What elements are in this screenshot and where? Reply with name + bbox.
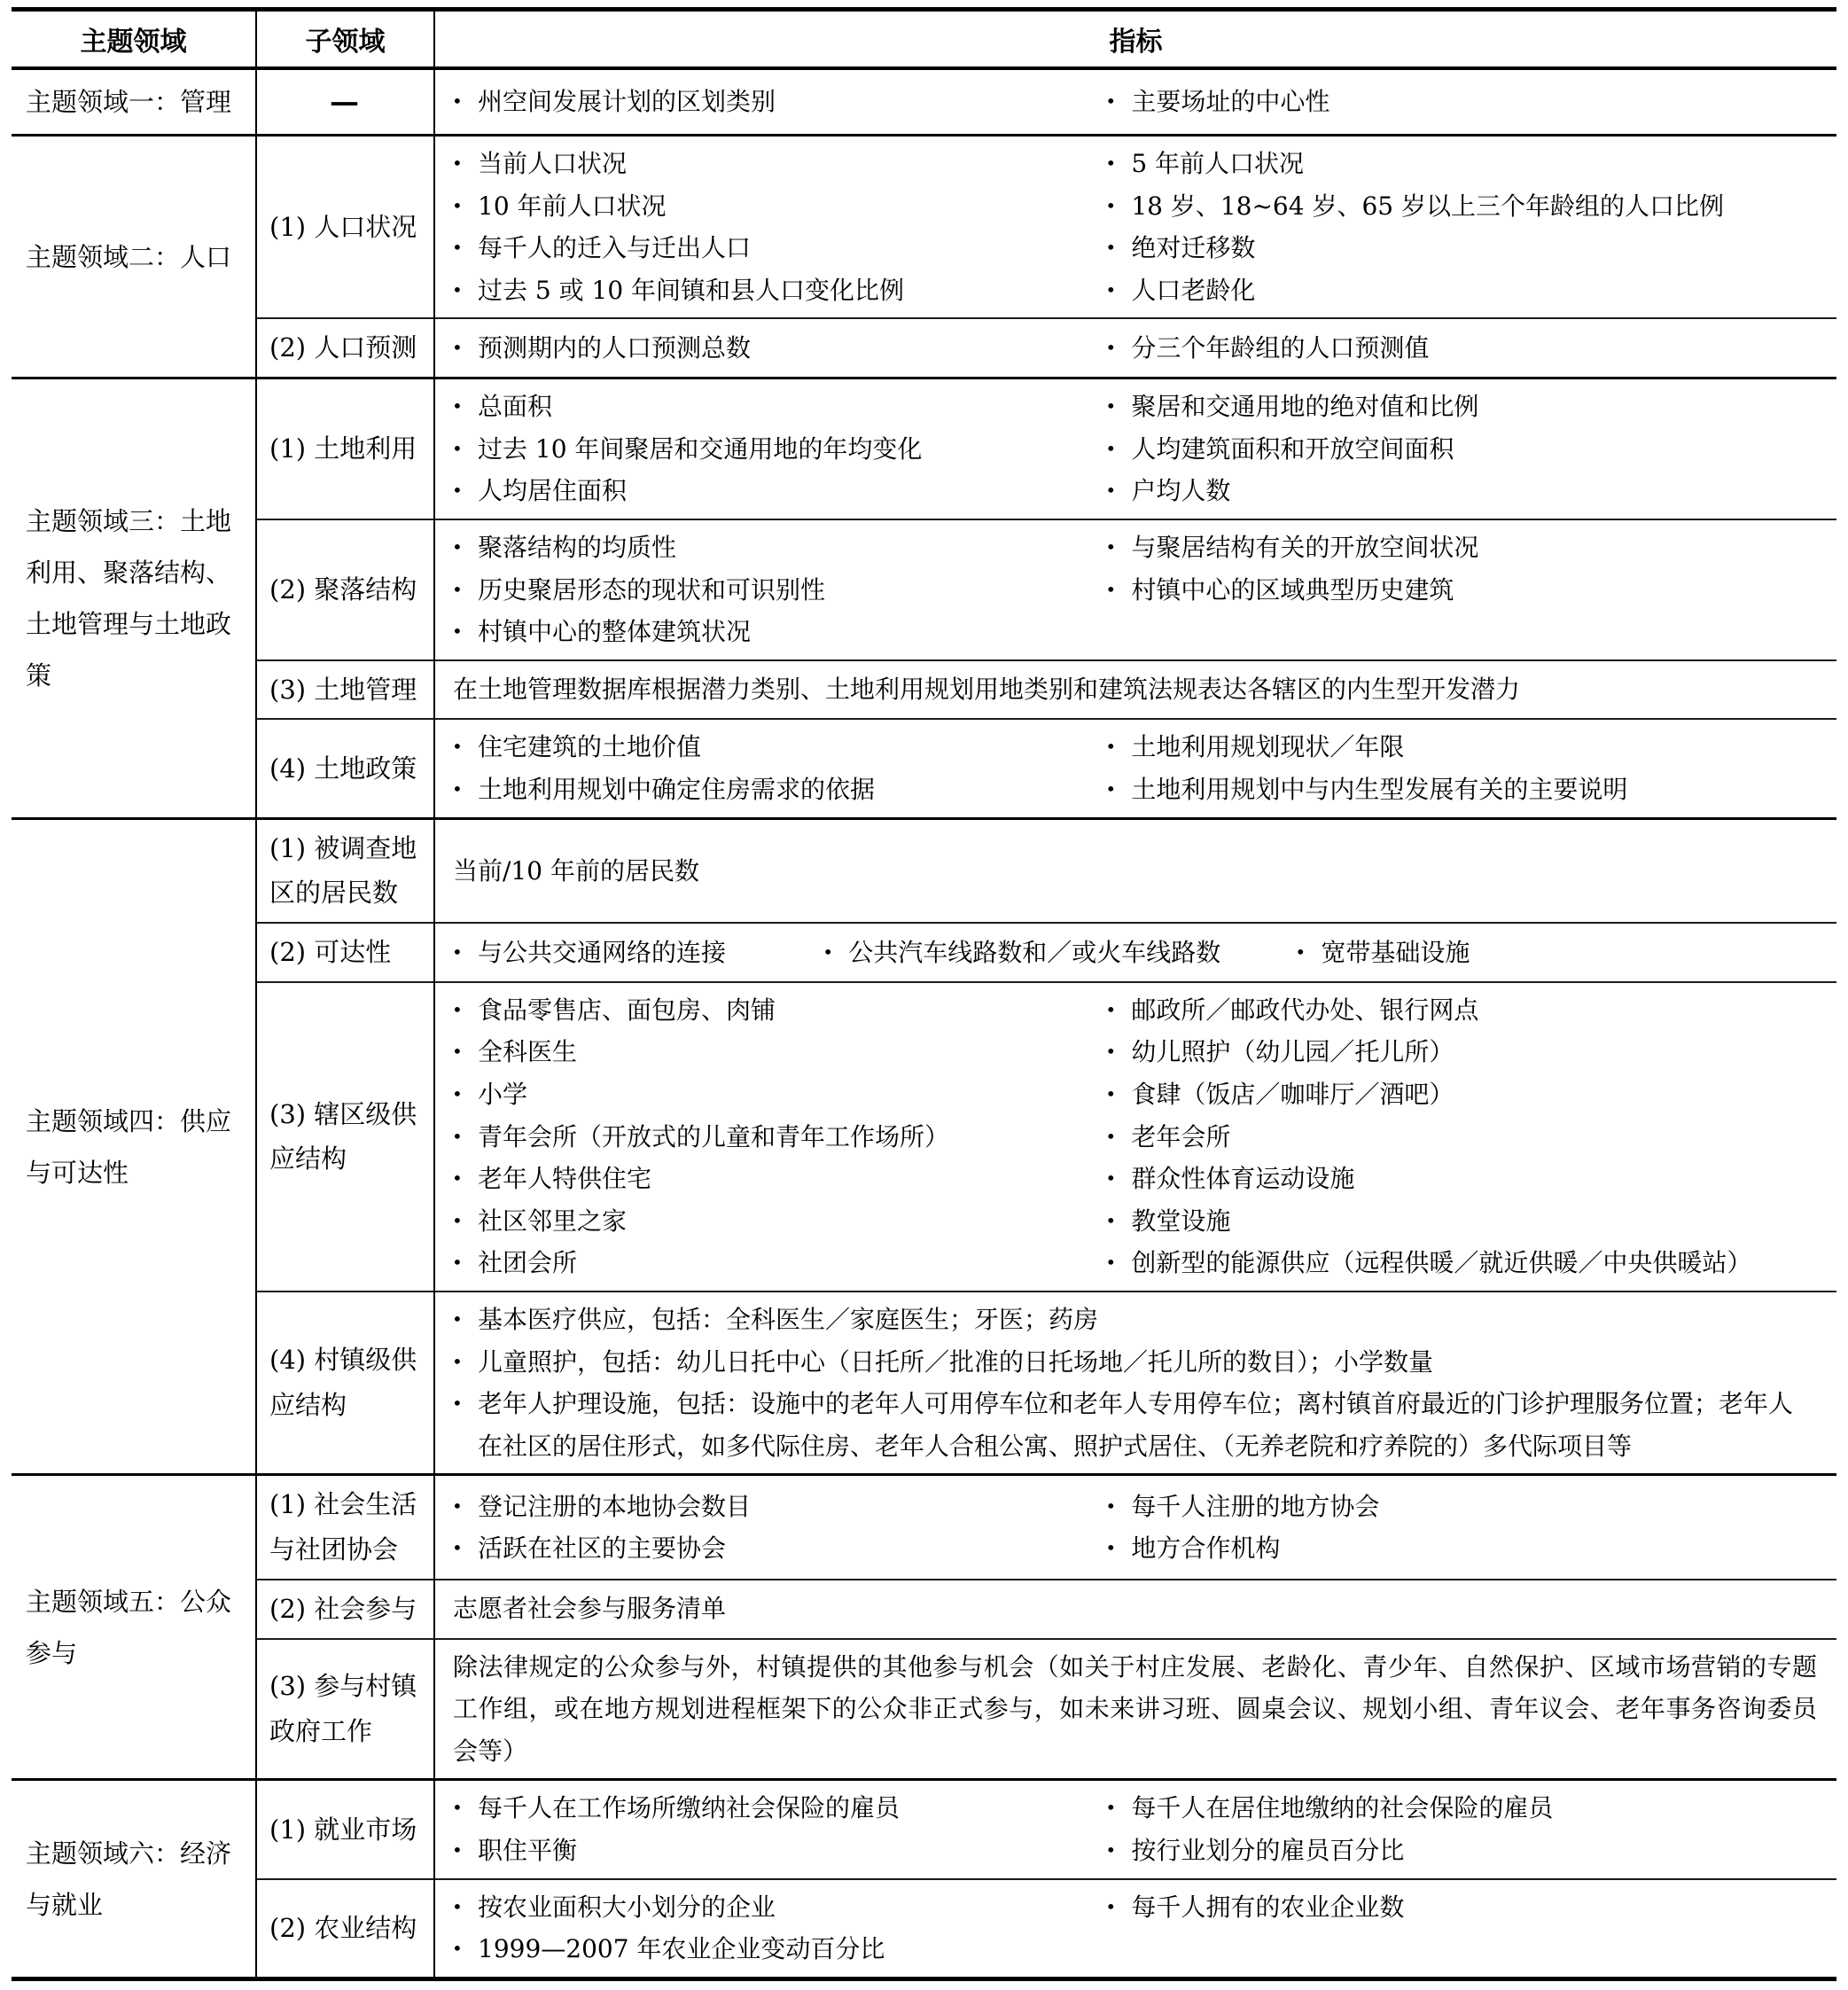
bullet-item: 儿童照护，包括：幼儿日托中心（日托所／批准的日托场地／托儿所的数目）；小学数量: [444, 1341, 1817, 1384]
bullet-item: 公共汽车线路数和／或火车线路数: [815, 932, 1287, 974]
indicator-table-body: 主题领域一：管理—州空间发展计划的区划类别主要场址的中心性主题领域二：人口(1)…: [12, 68, 1836, 1978]
bullet-item: 登记注册的本地协会数目: [444, 1486, 1097, 1528]
subdomain-cell: (3) 辖区级供应结构: [256, 982, 434, 1292]
bullet-list: 聚落结构的均质性历史聚居形态的现状和可识别性村镇中心的整体建筑状况: [444, 527, 1097, 653]
indicators-cell: 食品零售店、面包房、肉铺全科医生小学青年会所（开放式的儿童和青年工作场所）老年人…: [434, 982, 1836, 1292]
bullet-item: 主要场址的中心性: [1097, 81, 1817, 123]
bullet-item: 人均建筑面积和开放空间面积: [1097, 428, 1817, 471]
indicator-text: 当前/10 年前的居民数: [444, 850, 1817, 893]
table-row: 主题领域四：供应与可达性(1) 被调查地区的居民数当前/10 年前的居民数: [12, 818, 1836, 923]
indicators-cell: 每千人在工作场所缴纳社会保险的雇员职住平衡每千人在居住地缴纳的社会保险的雇员按行…: [434, 1780, 1836, 1879]
bullet-item: 幼儿照护（幼儿园／托儿所）: [1097, 1031, 1817, 1073]
two-column-bullets: 登记注册的本地协会数目活跃在社区的主要协会每千人注册的地方协会地方合作机构: [444, 1486, 1817, 1570]
bullet-item: 住宅建筑的土地价值: [444, 726, 1097, 769]
table-row: (2) 可达性与公共交通网络的连接公共汽车线路数和／或火车线路数宽带基础设施: [12, 923, 1836, 982]
bullet-item: 社区邻里之家: [444, 1200, 1097, 1243]
subdomain-cell: (1) 被调查地区的居民数: [256, 818, 434, 923]
bullet-item: 群众性体育运动设施: [1097, 1158, 1817, 1200]
theme-cell: 主题领域三：土地利用、聚落结构、土地管理与土地政策: [12, 378, 256, 819]
bullet-item: 18 岁、18~64 岁、65 岁以上三个年龄组的人口比例: [1097, 185, 1817, 228]
table-row: (4) 村镇级供应结构基本医疗供应，包括：全科医生／家庭医生；牙医；药房儿童照护…: [12, 1292, 1836, 1475]
bullet-item: 基本医疗供应，包括：全科医生／家庭医生；牙医；药房: [444, 1299, 1817, 1341]
col-header-theme: 主题领域: [12, 10, 256, 69]
table-row: (3) 参与村镇政府工作除法律规定的公众参与外，村镇提供的其他参与机会（如关于村…: [12, 1639, 1836, 1780]
indicators-cell: 州空间发展计划的区划类别主要场址的中心性: [434, 68, 1836, 136]
bullet-item: 小学: [444, 1073, 1097, 1116]
bullet-list: 登记注册的本地协会数目活跃在社区的主要协会: [444, 1486, 1097, 1570]
bullet-list: 预测期内的人口预测总数: [444, 327, 1097, 370]
bullet-list: 总面积过去 10 年间聚居和交通用地的年均变化人均居住面积: [444, 386, 1097, 512]
col-header-subdomain: 子领域: [256, 10, 434, 69]
bullet-item: 食品零售店、面包房、肉铺: [444, 989, 1097, 1032]
table-row: (2) 农业结构按农业面积大小划分的企业1999—2007 年农业企业变动百分比…: [12, 1879, 1836, 1979]
theme-cell: 主题领域五：公众参与: [12, 1475, 256, 1780]
bullet-item: 创新型的能源供应（远程供暖／就近供暖／中央供暖站）: [1097, 1242, 1817, 1284]
bullet-item: 宽带基础设施: [1287, 932, 1817, 974]
page: 主题领域 子领域 指标 主题领域一：管理—州空间发展计划的区划类别主要场址的中心…: [0, 0, 1848, 1990]
bullet-item: 分三个年龄组的人口预测值: [1097, 327, 1817, 370]
two-column-bullets: 州空间发展计划的区划类别主要场址的中心性: [444, 81, 1817, 123]
indicators-cell: 聚落结构的均质性历史聚居形态的现状和可识别性村镇中心的整体建筑状况与聚居结构有关…: [434, 519, 1836, 660]
theme-cell: 主题领域二：人口: [12, 136, 256, 378]
bullet-item: 按农业面积大小划分的企业: [444, 1886, 1097, 1929]
bullet-item: 每千人拥有的农业企业数: [1097, 1886, 1817, 1929]
bullet-list: 5 年前人口状况18 岁、18~64 岁、65 岁以上三个年龄组的人口比例绝对迁…: [1097, 143, 1817, 311]
table-row: (2) 人口预测预测期内的人口预测总数分三个年龄组的人口预测值: [12, 318, 1836, 378]
bullet-item: 人均居住面积: [444, 470, 1097, 512]
bullet-list: 土地利用规划现状／年限土地利用规划中与内生型发展有关的主要说明: [1097, 726, 1817, 810]
bullet-list: 每千人拥有的农业企业数: [1097, 1886, 1817, 1970]
indicator-text: 除法律规定的公众参与外，村镇提供的其他参与机会（如关于村庄发展、老龄化、青少年、…: [444, 1646, 1817, 1773]
indicators-cell: 基本医疗供应，包括：全科医生／家庭医生；牙医；药房儿童照护，包括：幼儿日托中心（…: [434, 1292, 1836, 1475]
two-column-bullets: 预测期内的人口预测总数分三个年龄组的人口预测值: [444, 327, 1817, 370]
subdomain-cell: (3) 参与村镇政府工作: [256, 1639, 434, 1780]
bullet-list: 基本医疗供应，包括：全科医生／家庭医生；牙医；药房儿童照护，包括：幼儿日托中心（…: [444, 1299, 1817, 1467]
bullet-list: 聚居和交通用地的绝对值和比例人均建筑面积和开放空间面积户均人数: [1097, 386, 1817, 512]
indicators-cell: 住宅建筑的土地价值土地利用规划中确定住房需求的依据土地利用规划现状／年限土地利用…: [434, 719, 1836, 818]
col-header-indicators: 指标: [434, 10, 1836, 69]
indicators-cell: 当前/10 年前的居民数: [434, 818, 1836, 923]
table-row: (2) 聚落结构聚落结构的均质性历史聚居形态的现状和可识别性村镇中心的整体建筑状…: [12, 519, 1836, 660]
bullet-item: 与聚居结构有关的开放空间状况: [1097, 527, 1817, 569]
bullet-item: 州空间发展计划的区划类别: [444, 81, 1097, 123]
table-header-row: 主题领域 子领域 指标: [12, 10, 1836, 69]
bullet-item: 过去 5 或 10 年间镇和县人口变化比例: [444, 269, 1097, 312]
bullet-item: 地方合作机构: [1097, 1527, 1817, 1570]
subdomain-cell: (2) 社会参与: [256, 1580, 434, 1639]
subdomain-cell: (2) 人口预测: [256, 318, 434, 378]
bullet-item: 总面积: [444, 386, 1097, 428]
bullet-list: 主要场址的中心性: [1097, 81, 1817, 123]
table-row: 主题领域一：管理—州空间发展计划的区划类别主要场址的中心性: [12, 68, 1836, 136]
table-row: (3) 土地管理在土地管理数据库根据潜力类别、土地利用规划用地类别和建筑法规表达…: [12, 660, 1836, 720]
table-row: (4) 土地政策住宅建筑的土地价值土地利用规划中确定住房需求的依据土地利用规划现…: [12, 719, 1836, 818]
bullet-item: 村镇中心的区域典型历史建筑: [1097, 569, 1817, 612]
bullet-item: 当前人口状况: [444, 143, 1097, 185]
bullet-item: 人口老龄化: [1097, 269, 1817, 312]
bullet-item: 1999—2007 年农业企业变动百分比: [444, 1928, 1097, 1970]
bullet-item: 按行业划分的雇员百分比: [1097, 1830, 1817, 1872]
subdomain-cell: (2) 聚落结构: [256, 519, 434, 660]
subdomain-cell: (3) 土地管理: [256, 660, 434, 720]
table-row: 主题领域五：公众参与(1) 社会生活与社团协会登记注册的本地协会数目活跃在社区的…: [12, 1475, 1836, 1580]
indicators-cell: 预测期内的人口预测总数分三个年龄组的人口预测值: [434, 318, 1836, 378]
indicator-text: 在土地管理数据库根据潜力类别、土地利用规划用地类别和建筑法规表达各辖区的内生型开…: [444, 668, 1817, 711]
bullet-item: 食肆（饭店／咖啡厅／酒吧）: [1097, 1073, 1817, 1116]
two-column-bullets: 按农业面积大小划分的企业1999—2007 年农业企业变动百分比每千人拥有的农业…: [444, 1886, 1817, 1970]
bullet-list: 与聚居结构有关的开放空间状况村镇中心的区域典型历史建筑: [1097, 527, 1817, 653]
bullet-item: 预测期内的人口预测总数: [444, 327, 1097, 370]
bullet-item: 邮政所／邮政代办处、银行网点: [1097, 989, 1817, 1032]
theme-cell: 主题领域六：经济与就业: [12, 1780, 256, 1978]
indicators-cell: 总面积过去 10 年间聚居和交通用地的年均变化人均居住面积聚居和交通用地的绝对值…: [434, 378, 1836, 519]
subdomain-cell: —: [256, 68, 434, 136]
indicators-cell: 当前人口状况10 年前人口状况每千人的迁入与迁出人口过去 5 或 10 年间镇和…: [434, 136, 1836, 319]
bullet-item: 过去 10 年间聚居和交通用地的年均变化: [444, 428, 1097, 471]
bullet-item: 10 年前人口状况: [444, 185, 1097, 228]
bullet-item: 职住平衡: [444, 1830, 1097, 1872]
bullet-item: 户均人数: [1097, 470, 1817, 512]
two-column-bullets: 食品零售店、面包房、肉铺全科医生小学青年会所（开放式的儿童和青年工作场所）老年人…: [444, 989, 1817, 1284]
table-row: (2) 社会参与志愿者社会参与服务清单: [12, 1580, 1836, 1639]
indicators-cell: 在土地管理数据库根据潜力类别、土地利用规划用地类别和建筑法规表达各辖区的内生型开…: [434, 660, 1836, 720]
subdomain-cell: (4) 土地政策: [256, 719, 434, 818]
table-row: 主题领域三：土地利用、聚落结构、土地管理与土地政策(1) 土地利用总面积过去 1…: [12, 378, 1836, 519]
bullet-item: 5 年前人口状况: [1097, 143, 1817, 185]
subdomain-cell: (1) 社会生活与社团协会: [256, 1475, 434, 1580]
bullet-list: 每千人在居住地缴纳的社会保险的雇员按行业划分的雇员百分比: [1097, 1787, 1817, 1871]
bullet-item: 每千人在居住地缴纳的社会保险的雇员: [1097, 1787, 1817, 1830]
two-column-bullets: 聚落结构的均质性历史聚居形态的现状和可识别性村镇中心的整体建筑状况与聚居结构有关…: [444, 527, 1817, 653]
two-column-bullets: 每千人在工作场所缴纳社会保险的雇员职住平衡每千人在居住地缴纳的社会保险的雇员按行…: [444, 1787, 1817, 1871]
bullet-item: 土地利用规划现状／年限: [1097, 726, 1817, 769]
bullet-item: 活跃在社区的主要协会: [444, 1527, 1097, 1570]
subdomain-cell: (1) 土地利用: [256, 378, 434, 519]
bullet-list: 州空间发展计划的区划类别: [444, 81, 1097, 123]
subdomain-cell: (2) 农业结构: [256, 1879, 434, 1979]
bullet-item: 全科医生: [444, 1031, 1097, 1073]
theme-cell: 主题领域一：管理: [12, 68, 256, 136]
bullet-item: 土地利用规划中确定住房需求的依据: [444, 769, 1097, 811]
bullet-item: 每千人注册的地方协会: [1097, 1486, 1817, 1528]
subdomain-cell: (1) 人口状况: [256, 136, 434, 319]
bullet-item: 老年会所: [1097, 1116, 1817, 1159]
subdomain-cell: (1) 就业市场: [256, 1780, 434, 1879]
indicator-text: 志愿者社会参与服务清单: [444, 1588, 1817, 1630]
bullet-item: 绝对迁移数: [1097, 227, 1817, 269]
bullet-item: 教堂设施: [1097, 1200, 1817, 1243]
table-row: (3) 辖区级供应结构食品零售店、面包房、肉铺全科医生小学青年会所（开放式的儿童…: [12, 982, 1836, 1292]
indicator-table: 主题领域 子领域 指标 主题领域一：管理—州空间发展计划的区划类别主要场址的中心…: [12, 7, 1836, 1981]
bullet-item: 每千人在工作场所缴纳社会保险的雇员: [444, 1787, 1097, 1830]
indicators-cell: 与公共交通网络的连接公共汽车线路数和／或火车线路数宽带基础设施: [434, 923, 1836, 982]
theme-cell: 主题领域四：供应与可达性: [12, 818, 256, 1475]
bullet-item: 老年人特供住宅: [444, 1158, 1097, 1200]
indicators-cell: 按农业面积大小划分的企业1999—2007 年农业企业变动百分比每千人拥有的农业…: [434, 1879, 1836, 1979]
bullet-item: 老年人护理设施，包括：设施中的老年人可用停车位和老年人专用停车位；离村镇首府最近…: [444, 1383, 1817, 1467]
bullet-list: 每千人注册的地方协会地方合作机构: [1097, 1486, 1817, 1570]
two-column-bullets: 总面积过去 10 年间聚居和交通用地的年均变化人均居住面积聚居和交通用地的绝对值…: [444, 386, 1817, 512]
two-column-bullets: 住宅建筑的土地价值土地利用规划中确定住房需求的依据土地利用规划现状／年限土地利用…: [444, 726, 1817, 810]
bullet-item: 聚落结构的均质性: [444, 527, 1097, 569]
bullet-item: 村镇中心的整体建筑状况: [444, 611, 1097, 653]
bullet-item: 青年会所（开放式的儿童和青年工作场所）: [444, 1116, 1097, 1159]
bullet-list: 住宅建筑的土地价值土地利用规划中确定住房需求的依据: [444, 726, 1097, 810]
bullet-list: 食品零售店、面包房、肉铺全科医生小学青年会所（开放式的儿童和青年工作场所）老年人…: [444, 989, 1097, 1284]
bullet-item: 土地利用规划中与内生型发展有关的主要说明: [1097, 769, 1817, 811]
indicators-cell: 登记注册的本地协会数目活跃在社区的主要协会每千人注册的地方协会地方合作机构: [434, 1475, 1836, 1580]
table-row: 主题领域二：人口(1) 人口状况当前人口状况10 年前人口状况每千人的迁入与迁出…: [12, 136, 1836, 319]
bullet-list: 当前人口状况10 年前人口状况每千人的迁入与迁出人口过去 5 或 10 年间镇和…: [444, 143, 1097, 311]
bullet-item: 聚居和交通用地的绝对值和比例: [1097, 386, 1817, 428]
bullet-list: 按农业面积大小划分的企业1999—2007 年农业企业变动百分比: [444, 1886, 1097, 1970]
bullet-item: 社团会所: [444, 1242, 1097, 1284]
subdomain-cell: (2) 可达性: [256, 923, 434, 982]
bullet-item: 每千人的迁入与迁出人口: [444, 227, 1097, 269]
bullet-item: 与公共交通网络的连接: [444, 932, 815, 974]
bullet-item: 历史聚居形态的现状和可识别性: [444, 569, 1097, 612]
inline-bullets: 与公共交通网络的连接公共汽车线路数和／或火车线路数宽带基础设施: [444, 932, 1817, 974]
bullet-list: 每千人在工作场所缴纳社会保险的雇员职住平衡: [444, 1787, 1097, 1871]
two-column-bullets: 当前人口状况10 年前人口状况每千人的迁入与迁出人口过去 5 或 10 年间镇和…: [444, 143, 1817, 311]
bullet-list: 分三个年龄组的人口预测值: [1097, 327, 1817, 370]
indicators-cell: 志愿者社会参与服务清单: [434, 1580, 1836, 1639]
subdomain-cell: (4) 村镇级供应结构: [256, 1292, 434, 1475]
indicators-cell: 除法律规定的公众参与外，村镇提供的其他参与机会（如关于村庄发展、老龄化、青少年、…: [434, 1639, 1836, 1780]
bullet-list: 邮政所／邮政代办处、银行网点幼儿照护（幼儿园／托儿所）食肆（饭店／咖啡厅／酒吧）…: [1097, 989, 1817, 1284]
